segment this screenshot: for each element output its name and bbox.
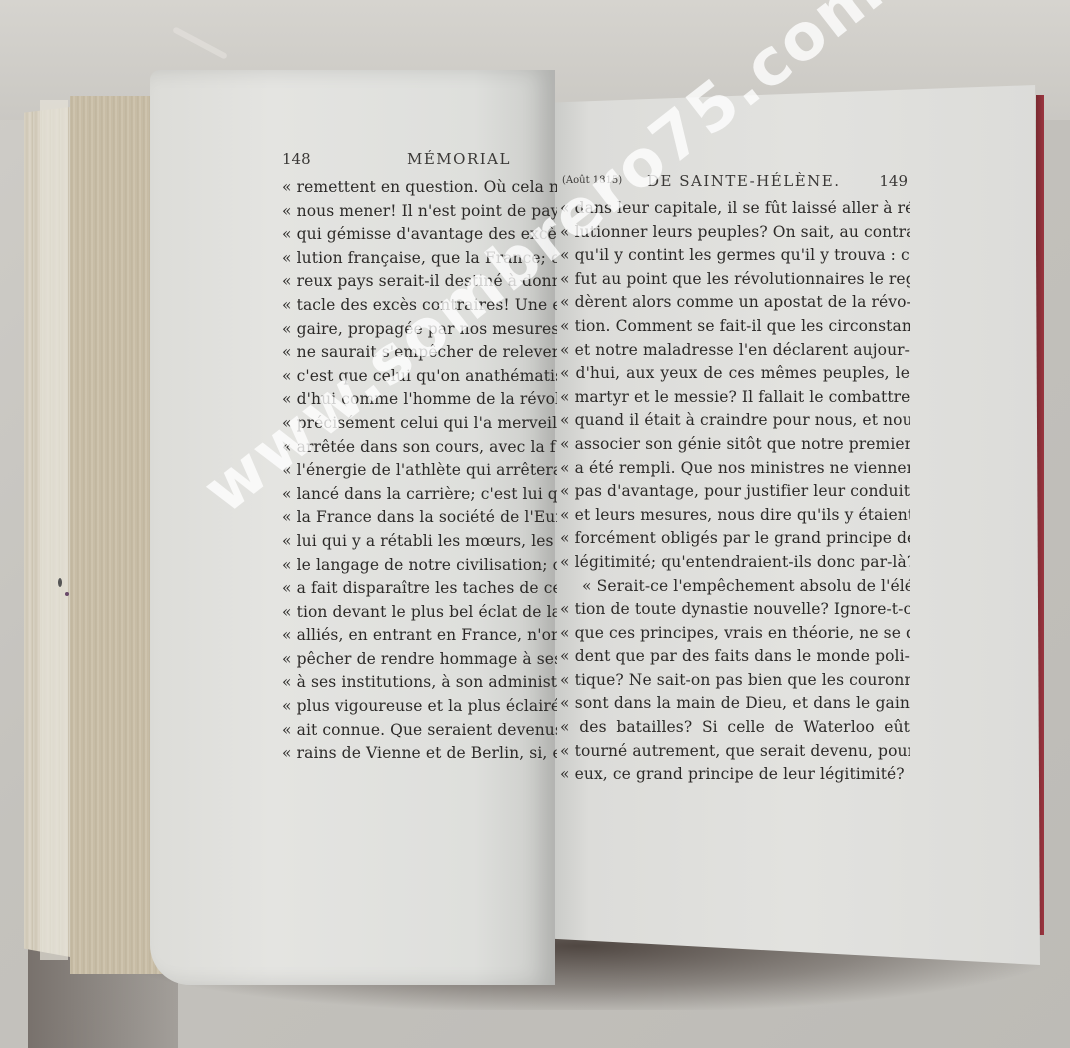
text-line: « martyr et le messie? Il fallait le com…: [560, 386, 910, 410]
foxing-spot: [58, 578, 62, 587]
text-line: « à ses institutions, à son administ: [282, 671, 557, 695]
book-page-edges-light: [40, 100, 68, 960]
text-line: « pêcher de rendre hommage à ses m: [282, 648, 557, 672]
right-page-number: 149: [879, 172, 908, 190]
text-line: « plus vigoureuse et la plus éclairée: [282, 695, 557, 719]
text-line: « remettent en question. Où cela ne pe: [282, 176, 557, 200]
text-line: « tion de toute dynastie nouvelle? Ignor…: [560, 598, 910, 622]
text-line: « a fait disparaître les taches de cette: [282, 577, 557, 601]
text-line: « la France dans la société de l'Euro: [282, 506, 557, 530]
text-line: « tique? Ne sait-on pas bien que les cou…: [560, 669, 910, 693]
text-line: « d'hui, aux yeux de ces mêmes peuples, …: [560, 362, 910, 386]
text-line: « qu'il y contint les germes qu'il y tro…: [560, 244, 910, 268]
text-line: « dèrent alors comme un apostat de la ré…: [560, 291, 910, 315]
text-line: « lancé dans la carrière; c'est lui qui: [282, 483, 557, 507]
text-line: « sont dans la main de Dieu, et dans le …: [560, 692, 910, 716]
left-running-title: MÉMORIAL: [407, 150, 511, 168]
text-line: « fut au point que les révolutionnaires …: [560, 268, 910, 292]
text-line: « légitimité; qu'entendraient-ils donc p…: [560, 551, 910, 575]
text-line: « l'énergie de l'athlète qui arrêterait: [282, 459, 557, 483]
text-line: « ait connue. Que seraient devenus le: [282, 719, 557, 743]
text-line: « a été rempli. Que nos ministres ne vie…: [560, 457, 910, 481]
text-line: « et notre maladresse l'en déclarent auj…: [560, 339, 910, 363]
text-line: « dent que par des faits dans le monde p…: [560, 645, 910, 669]
text-line: « tion. Comment se fait-il que les circo…: [560, 315, 910, 339]
text-line: « Serait-ce l'empêchement absolu de l'él…: [560, 575, 910, 599]
text-line: « eux, ce grand principe de leur légitim…: [560, 763, 910, 787]
text-line: « tion devant le plus bel éclat de la gl: [282, 601, 557, 625]
text-line: « alliés, en entrant en France, n'ont p: [282, 624, 557, 648]
text-line: « tourné autrement, que serait devenu, p…: [560, 740, 910, 764]
text-line: « le langage de notre civilisation; c'es…: [282, 554, 557, 578]
text-line: « pas d'avantage, pour justifier leur co…: [560, 480, 910, 504]
right-page-text: « dans leur capitale, il se fût laissé a…: [560, 197, 910, 787]
text-line: « rains de Vienne et de Berlin, si, en: [282, 742, 557, 766]
text-line: « et leurs mesures, nous dire qu'ils y é…: [560, 504, 910, 528]
text-line: « lui qui y a rétabli les mœurs, les p: [282, 530, 557, 554]
text-line: « forcément obligés par le grand princip…: [560, 527, 910, 551]
left-running-head: 148 MÉMORIAL: [282, 150, 552, 172]
foxing-spot: [65, 592, 69, 596]
text-line: « associer son génie sitôt que notre pre…: [560, 433, 910, 457]
text-line: « quand il était à craindre pour nous, e…: [560, 409, 910, 433]
text-line: « que ces principes, vrais en théorie, n…: [560, 622, 910, 646]
text-line: « des batailles? Si celle de Waterloo eû…: [560, 716, 910, 740]
left-page-number: 148: [282, 150, 311, 168]
